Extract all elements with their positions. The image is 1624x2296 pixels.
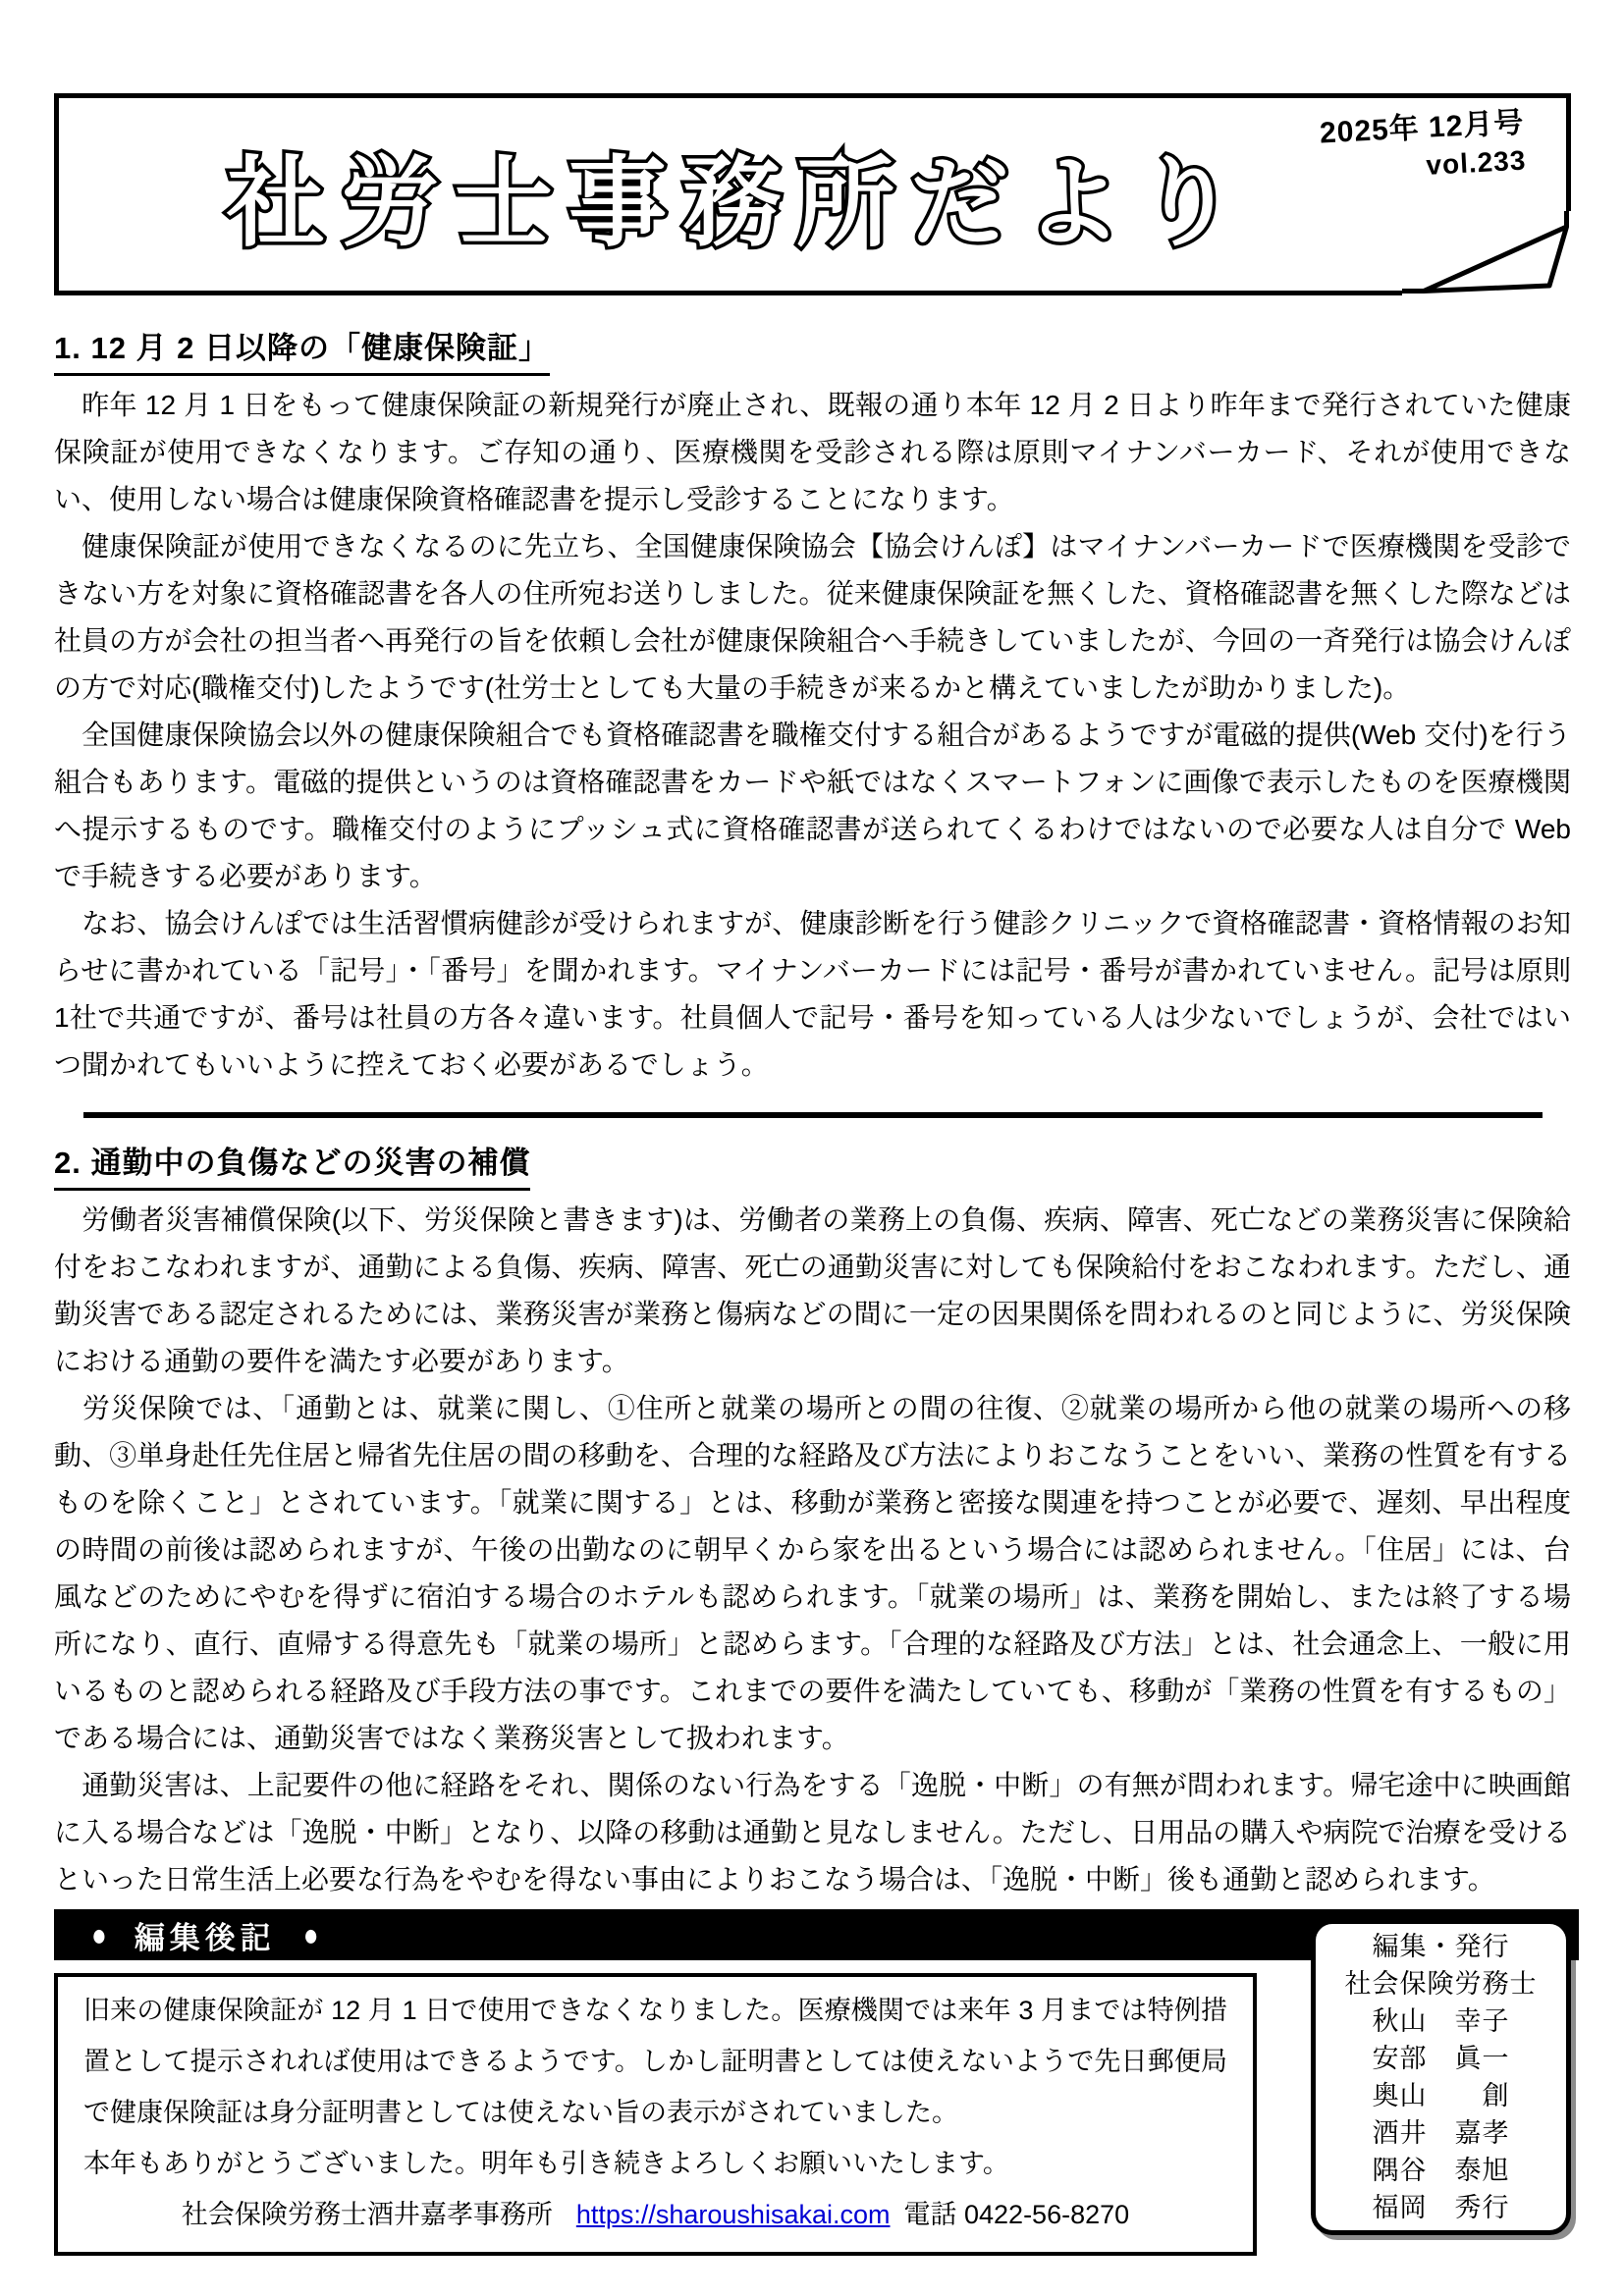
- issue-block: 2025年 12月号 vol.233: [1319, 105, 1527, 190]
- publisher-name: 奥山 創: [1373, 2077, 1510, 2114]
- section-2-paragraph: 労働者災害補償保険(以下、労災保険と書きます)は、労働者の業務上の負傷、疾病、障…: [54, 1197, 1571, 1385]
- office-website-link[interactable]: https://sharoushisakai.com: [576, 2200, 891, 2229]
- publisher-label: 編集・発行: [1373, 1928, 1510, 1965]
- section-1-heading-text: 1. 12 月 2 日以降の「健康保険証」: [54, 329, 550, 376]
- section-1-paragraph: なお、協会けんぽでは生活習慣病健診が受けられますが、健康診断を行う健診クリニック…: [54, 900, 1571, 1089]
- newsletter-page: 社労士事務所だより 2025年 12月号 vol.233 1. 12 月 2 日…: [0, 0, 1624, 2296]
- header-banner: 社労士事務所だより 2025年 12月号 vol.233: [54, 93, 1571, 295]
- footer: ● 編集後記 ● 旧来の健康保険証が 12 月 1 日で使用できなくなりました。…: [0, 1909, 1624, 2256]
- publisher-name: 酒井 嘉孝: [1373, 2114, 1510, 2152]
- newsletter-title: 社労士事務所だより: [226, 148, 1252, 258]
- newsletter-title-art: 社労士事務所だより: [170, 121, 1309, 278]
- publisher-box: 編集・発行 社会保険労務士 秋山 幸子 安部 眞一 奥山 創 酒井 嘉孝 隅谷 …: [1311, 1919, 1571, 2235]
- publisher-name: 安部 眞一: [1373, 2040, 1510, 2077]
- office-tel-number: 0422-56-8270: [964, 2200, 1129, 2229]
- publisher-name: 秋山 幸子: [1373, 2002, 1510, 2040]
- publisher-name: 福岡 秀行: [1373, 2189, 1510, 2226]
- publisher-org: 社会保険労務士: [1345, 1965, 1538, 2002]
- bullet-icon: ●: [91, 1916, 107, 1954]
- bullet-icon: ●: [303, 1916, 319, 1954]
- office-tel-label: 電話: [903, 2200, 956, 2229]
- section-divider: [83, 1112, 1543, 1118]
- page-fold-icon: [1402, 211, 1571, 295]
- main-content: 1. 12 月 2 日以降の「健康保険証」 昨年 12 月 1 日をもって健康保…: [54, 329, 1571, 1903]
- editor-note-paragraph: 旧来の健康保険証が 12 月 1 日で使用できなくなりました。医療機関では来年 …: [83, 1985, 1227, 2138]
- section-2-paragraph: 通勤災害は、上記要件の他に経路をそれ、関係のない行為をする「逸脱・中断」の有無が…: [54, 1762, 1571, 1903]
- section-2-heading-text: 2. 通勤中の負傷などの災害の補償: [54, 1144, 530, 1191]
- postscript-title: 編集後記: [135, 1913, 276, 1957]
- editor-note-paragraph: 本年もありがとうございました。明年も引き続きよろしくお願いいたします。: [83, 2138, 1227, 2189]
- section-1-heading: 1. 12 月 2 日以降の「健康保険証」: [54, 329, 1571, 376]
- office-contact-line: 社会保険労務士酒井嘉孝事務所https://sharoushisakai.com…: [83, 2189, 1227, 2240]
- editor-note-box: 旧来の健康保険証が 12 月 1 日で使用できなくなりました。医療機関では来年 …: [54, 1973, 1257, 2256]
- office-name: 社会保険労務士酒井嘉孝事務所: [182, 2200, 553, 2229]
- publisher-name: 隅谷 泰旭: [1373, 2152, 1510, 2189]
- section-1-paragraph: 全国健康保険協会以外の健康保険組合でも資格確認書を職権交付する組合があるようです…: [54, 712, 1571, 900]
- section-2-heading: 2. 通勤中の負傷などの災害の補償: [54, 1144, 1571, 1191]
- section-2-paragraph: 労災保険では、「通勤とは、就業に関し、①住所と就業の場所との間の往復、②就業の場…: [54, 1385, 1571, 1762]
- section-1-paragraph: 昨年 12 月 1 日をもって健康保険証の新規発行が廃止され、既報の通り本年 1…: [54, 382, 1571, 523]
- section-1-paragraph: 健康保険証が使用できなくなるのに先立ち、全国健康保険協会【協会けんぽ】はマイナン…: [54, 523, 1571, 712]
